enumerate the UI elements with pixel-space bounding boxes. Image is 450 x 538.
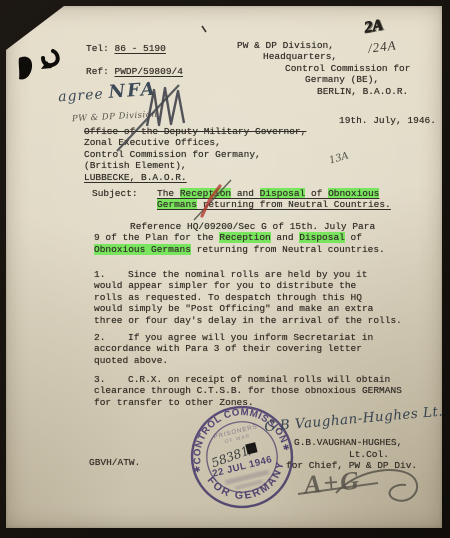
reference-segment: Reference HQ/09200/Sec G of 15th. July P… [130,221,375,232]
tel-value: 86 - 5190 [115,43,166,54]
reference-highlight: Obnoxious Germans [94,244,191,255]
reference-paragraph: Reference HQ/09200/Sec G of 15th. July P… [94,221,385,255]
reference-highlight: Reception [219,232,270,243]
address-line: (British Element), [84,160,306,171]
star-icon: ✱ [193,464,202,475]
paragraph-text: If you agree will you inform Secretariat… [94,332,373,366]
tel-label: Tel: [86,43,109,54]
subject-segment: The [157,188,180,199]
signature-typed-name: G.B.VAUGHAN-HUGHES, [294,437,402,448]
reference-segment: and [271,232,300,243]
ink-speck [202,26,206,32]
corner-scribble-annotation: 2A [363,17,385,38]
struck-address-line: Office of the Deputy Military Governor, [84,126,306,137]
paragraph-number: 3. [94,374,128,385]
subject-label: Subject: [92,188,138,199]
reference-segment: of [345,232,362,243]
approval-caps: NFA [108,79,158,103]
reference-line: 9 of the Plan for the Reception and Disp… [94,232,385,243]
ink-blot [19,57,32,80]
ref-label: Ref: [86,66,109,77]
date-line: 19th. July, 1946. [339,115,436,126]
ink-blot-hook [43,51,58,65]
ref-value: PWDP/59809/4 [115,66,183,77]
subject-segment: of [305,188,328,199]
reference-highlight: Disposal [299,232,345,243]
subject-segment: returning from Neutral Countries. [197,199,391,210]
approval-annotation: agree NFA [57,79,157,107]
paragraph-text: Since the nominal rolls are held by you … [94,269,402,326]
division-line: BERLIN, B.A.O.R. [317,86,410,97]
division-line: Control Commission for [285,63,410,74]
side-mark-annotation: 13A [328,150,350,166]
subject-highlight: Obnoxious [328,188,379,199]
paragraph-number: 2. [94,332,128,343]
tel-line: Tel: 86 - 5190 [86,43,166,54]
subject-highlight: Germans [157,199,197,210]
official-stamp: CONTROL COMMISSION FOR GERMANY ✱ ✱ PRISO… [178,393,306,521]
subject-line-1: The Reception and Disposal of Obnoxious [157,188,391,199]
ink-blot-hook [41,61,52,69]
subject-text: The Reception and Disposal of Obnoxious … [157,188,391,211]
subject-highlight: Disposal [260,188,306,199]
division-line: Germany (BE), [305,74,410,85]
reference-segment: returning from Neutral countries. [191,244,385,255]
document-paper: Tel: 86 - 5190 Ref: PWDP/59809/4 PW & DP… [6,6,442,528]
subject-highlight: Reception [180,188,231,199]
address-city-line: LUBBECKE, B.A.O.R. [84,172,306,183]
reference-line: Reference HQ/09200/Sec G of 15th. July P… [94,221,385,232]
subject-segment: and [231,188,260,199]
pencil-address-annotation: PW & DP Division [72,110,158,124]
body-paragraph-2: 2.If you agree will you inform Secretari… [94,332,439,366]
docket-initials: GBVH/ATW. [89,457,140,468]
reference-line: Obnoxious Germans returning from Neutral… [94,244,385,255]
signature-typed-rank: Lt.Col. [349,449,389,460]
body-paragraph-1: 1.Since the nominal rolls are held by yo… [94,269,439,326]
paragraph-number: 1. [94,269,128,280]
address-line: Zonal Executive Offices, [84,137,306,148]
address-line: Control Commission for Germany, [84,149,306,160]
closing-scribble-annotation: A+G [303,466,362,501]
recipient-block: Office of the Deputy Military Governor, … [84,126,306,183]
reference-segment: 9 of the Plan for the [94,232,219,243]
ref-line: Ref: PWDP/59809/4 [86,66,183,77]
subject-line-2: Germans returning from Neutral Countries… [157,199,391,210]
photo-background: Tel: 86 - 5190 Ref: PWDP/59809/4 PW & DP… [0,0,450,538]
approval-word: agree [58,86,105,105]
